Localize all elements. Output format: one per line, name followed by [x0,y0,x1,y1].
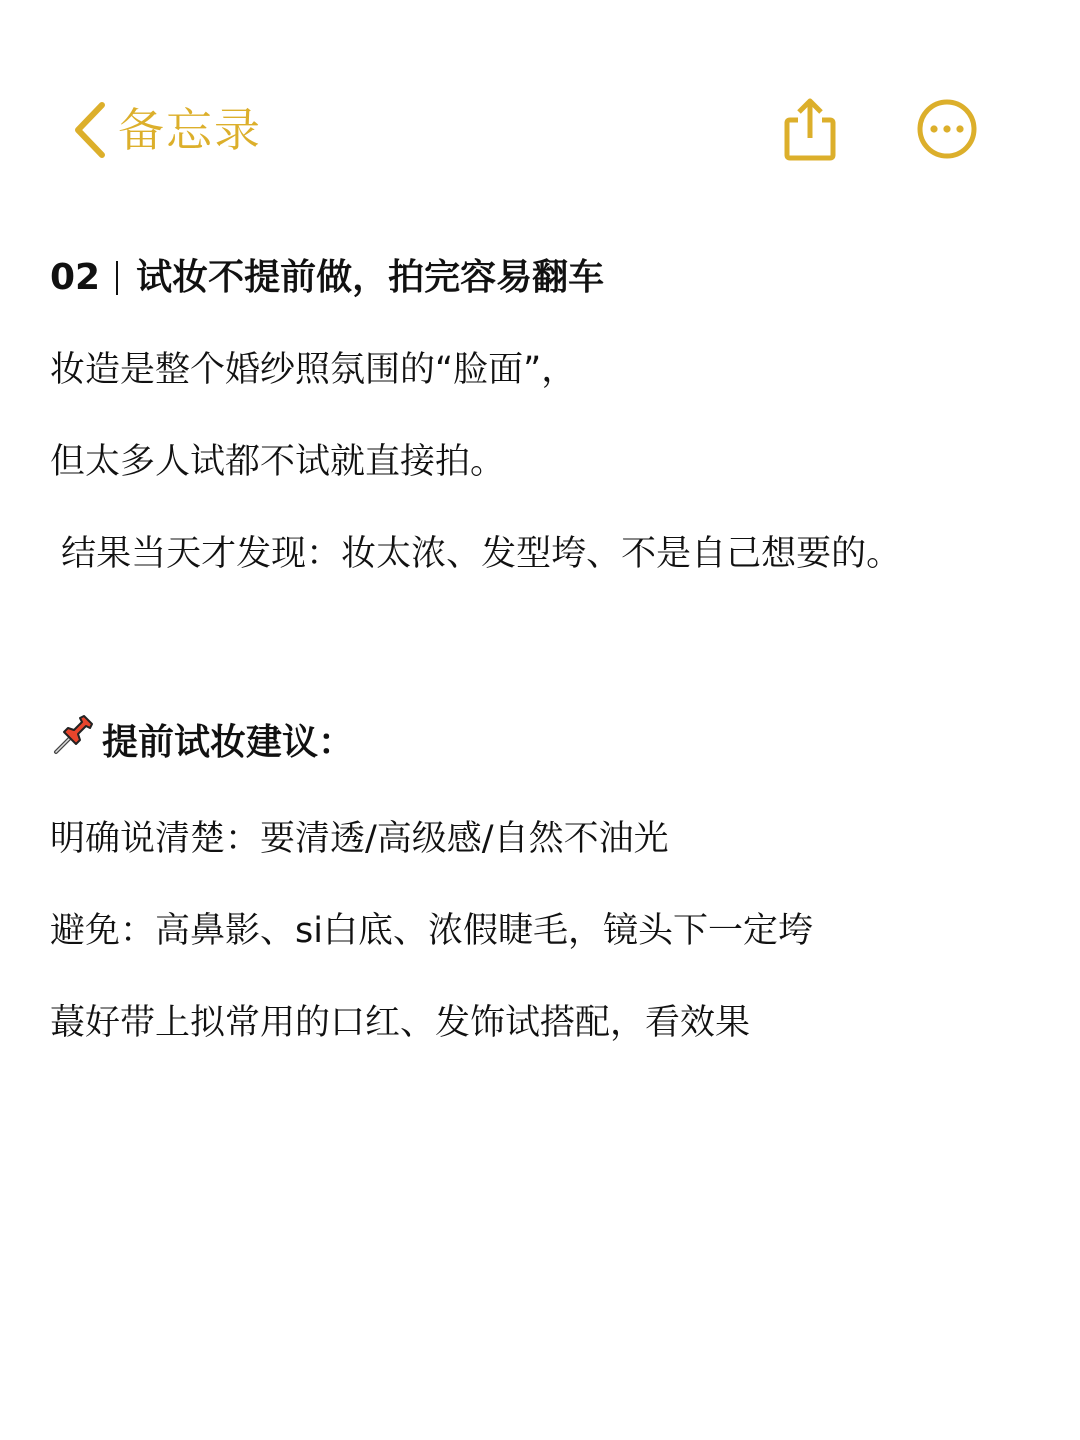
share-icon [782,147,838,166]
tips-heading: 提前试妆建议： [50,710,1040,775]
tip-line-1: 明确说清楚：要清透/高级感/自然不油光 [50,811,1040,867]
heading-number: 02 [50,250,100,306]
nav-bar: 备忘录 [0,90,1080,170]
heading-divider [116,261,118,295]
note-heading: 02 试妆不提前做，拍完容易翻车 [50,250,1040,306]
note-body[interactable]: 02 试妆不提前做，拍完容易翻车 妆造是整个婚纱照氛围的“脸面”， 但太多人试都… [50,250,1040,1051]
tip-line-3: 蕞好带上拟常用的口红、发饰试搭配，看效果 [50,995,1040,1051]
pushpin-icon [50,710,102,775]
intro-line-1: 妆造是整个婚纱照氛围的“脸面”， [50,342,1040,398]
back-label: 备忘录 [118,98,262,162]
heading-title: 试妆不提前做，拍完容易翻车 [136,250,604,306]
tips-heading-label: 提前试妆建议： [102,715,354,771]
back-button[interactable]: 备忘录 [72,98,262,162]
more-circle-icon [916,145,978,164]
tip-line-2: 避免：高鼻影、si白底、浓假睫毛，镜头下一定垮 [50,903,1040,959]
intro-line-2: 但太多人试都不试就直接拍。 [50,434,1040,490]
share-button[interactable] [782,96,838,162]
more-button[interactable] [916,98,978,160]
intro-line-3: 结果当天才发现：妆太浓、发型垮、不是自己想要的。 [50,526,1040,582]
chevron-left-icon [72,101,106,159]
